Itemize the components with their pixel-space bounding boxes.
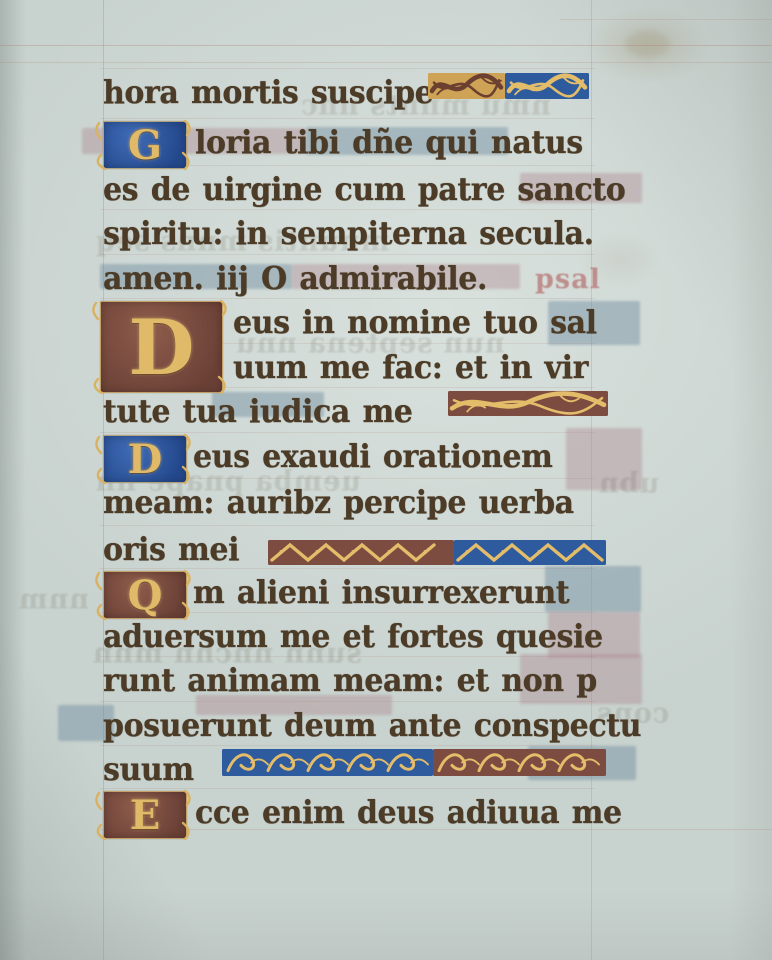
manuscript-line-6: Deus in nomine tuo sal bbox=[103, 300, 648, 347]
manuscript-line-2: Gloria tibi dñe qui natus bbox=[103, 120, 648, 167]
line-text: eus in nomine tuo sal bbox=[233, 300, 597, 347]
manuscript-line-10: meam: auribz percipe uerba bbox=[103, 480, 648, 527]
manuscript-line-9: Deus exaudi orationem bbox=[103, 434, 648, 481]
manuscript-line-17: Ecce enim deus adiuua me bbox=[103, 790, 648, 837]
illuminated-initial-E: E bbox=[103, 791, 187, 839]
illuminated-initial-G: G bbox=[103, 121, 187, 169]
ruling-line bbox=[0, 62, 772, 63]
line-filler bbox=[448, 390, 608, 417]
line-text: es de uirgine cum patre sancto bbox=[103, 167, 625, 214]
manuscript-line-7: uum me fac: et in vir bbox=[103, 345, 648, 392]
line-filler bbox=[428, 72, 589, 100]
manuscript-line-4: spiritu: in sempiterna secula. bbox=[103, 211, 648, 258]
line-text: m alieni insurrexerunt bbox=[193, 570, 569, 617]
line-text: runt animam meam: et non p bbox=[103, 658, 597, 705]
line-filler bbox=[222, 748, 606, 777]
initial-flourish bbox=[97, 115, 193, 175]
rubric-mark: psal bbox=[535, 258, 601, 302]
manuscript-page: nmu mnnts nncmnuntis mnns seqnun septena… bbox=[0, 0, 772, 960]
illuminated-initial-Q: Q bbox=[103, 571, 187, 619]
line-text: eus exaudi orationem bbox=[193, 434, 552, 481]
manuscript-line-3: es de uirgine cum patre sancto bbox=[103, 167, 648, 214]
illuminated-initial-D: D bbox=[103, 435, 187, 483]
manuscript-line-15: posuerunt deum ante conspectu bbox=[103, 703, 648, 750]
manuscript-line-13: aduersum me et fortes quesie bbox=[103, 614, 648, 661]
line-filler bbox=[268, 539, 606, 566]
line-text: spiritu: in sempiterna secula. bbox=[103, 211, 594, 258]
line-text: posuerunt deum ante conspectu bbox=[103, 703, 641, 750]
line-text: meam: auribz percipe uerba bbox=[103, 480, 574, 527]
line-text: loria tibi dñe qui natus bbox=[195, 120, 583, 167]
manuscript-line-12: Qm alieni insurrexerunt bbox=[103, 570, 648, 617]
showthrough-text: nnm bbox=[18, 583, 89, 616]
line-text: uum me fac: et in vir bbox=[233, 345, 588, 392]
line-text: cce enim deus adiuua me bbox=[195, 790, 622, 837]
manuscript-line-14: runt animam meam: et non p bbox=[103, 658, 648, 705]
text-ruling-line bbox=[100, 68, 595, 69]
initial-flourish bbox=[97, 785, 193, 845]
line-text: hora mortis suscipe bbox=[103, 70, 433, 117]
line-text: aduersum me et fortes quesie bbox=[103, 614, 603, 661]
parchment-stain bbox=[625, 30, 670, 58]
